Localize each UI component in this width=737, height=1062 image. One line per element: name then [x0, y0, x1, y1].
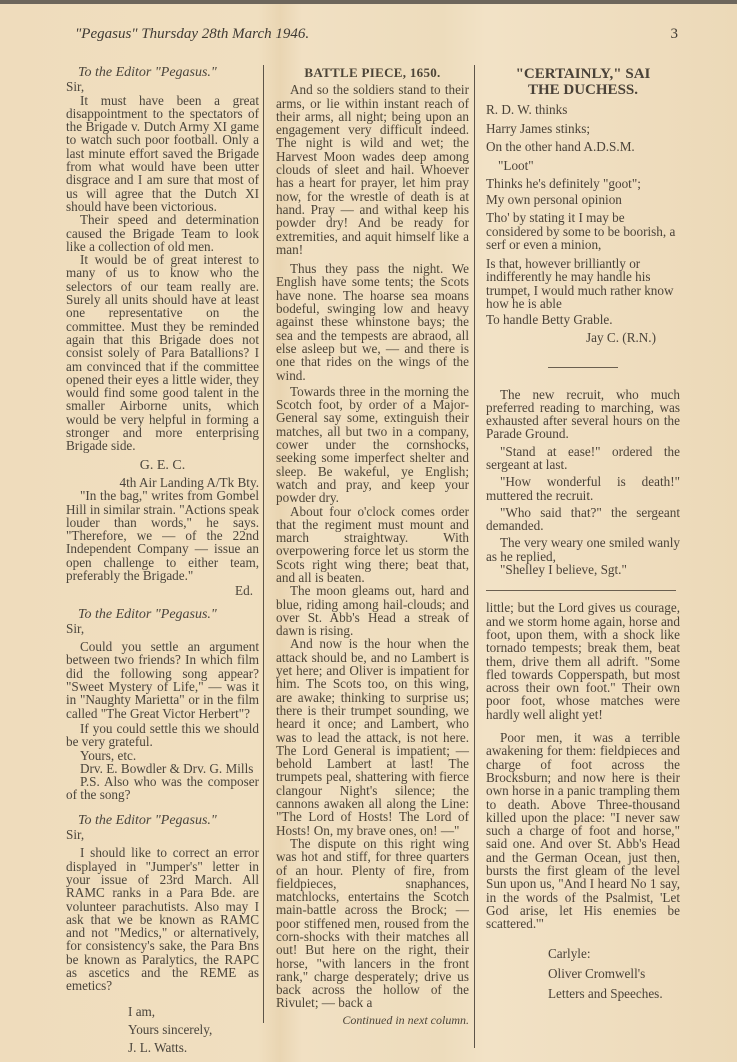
page-number: 3	[671, 26, 679, 43]
article-continuation: Poor men, it was a terrible awakening fo…	[486, 731, 680, 930]
citation-line: Letters and Speeches.	[548, 984, 680, 1004]
poem-line: R. D. W. thinks	[486, 103, 680, 117]
letter-signature: Drv. E. Bowdler & Drv. G. Mills	[66, 762, 259, 775]
poem-line: To handle Betty Grable.	[486, 313, 680, 327]
anecdote-paragraph: "Stand at ease!" ordered the sergeant at…	[486, 445, 680, 472]
editor-note-text: "In the bag," writes from Gombel Hill in…	[66, 489, 259, 582]
letter-paragraph: I should like to correct an error displa…	[66, 846, 259, 992]
column-letters: To the Editor "Pegasus." Sir, It must ha…	[66, 66, 259, 1057]
letter-paragraph: Could you settle an argument between two…	[66, 640, 259, 720]
anecdote-paragraph: The very weary one smiled wanly as he re…	[486, 536, 680, 563]
article-title: BATTLE PIECE, 1650.	[276, 66, 469, 79]
salutation: Sir,	[66, 80, 259, 93]
poem-body: R. D. W. thinks Harry James stinks; On t…	[486, 103, 680, 345]
article-paragraph: And so the soldiers stand to their arms,…	[276, 83, 469, 256]
column-divider	[474, 65, 475, 1048]
article-paragraph: And now is the hour when the attack shou…	[276, 637, 469, 836]
article-continuation: little; but the Lord gives us courage, a…	[486, 601, 680, 721]
letter-heading: To the Editor "Pegasus."	[78, 608, 259, 621]
closing-line: Yours sincerely,	[128, 1021, 259, 1039]
column-battle-piece: BATTLE PIECE, 1650. And so the soldiers …	[276, 66, 469, 1027]
letter-paragraph: Their speed and determination caused the…	[66, 213, 259, 253]
continued-note: Continued in next column.	[276, 1014, 469, 1027]
article-paragraph: The moon gleams out, hard and blue, ridi…	[276, 584, 469, 637]
poem-line: Is that, however brilliantly or indiffer…	[486, 257, 680, 311]
anecdote-paragraph: "How wonderful is death!" muttered the r…	[486, 475, 680, 502]
letter-paragraph: It must have been a great disappointment…	[66, 94, 259, 214]
letter-paragraph: It would be of great interest to many of…	[66, 253, 259, 452]
anecdote-paragraph: The new recruit, who much preferred read…	[486, 388, 680, 441]
unit-name: 4th Air Landing A/Tk Bty.	[66, 476, 259, 489]
poem-signature: Jay C. (R.N.)	[486, 331, 656, 345]
letter-closing-block: I am, Yours sincerely, J. L. Watts.	[128, 1003, 259, 1057]
column-divider	[263, 65, 264, 1023]
source-citation: Carlyle: Oliver Cromwell's Letters and S…	[548, 944, 680, 1004]
closing-line: I am,	[128, 1003, 259, 1021]
editor-signature: Ed.	[66, 584, 253, 597]
article-paragraph: Towards three in the morning the Scotch …	[276, 385, 469, 505]
poem-line: "Loot"	[486, 159, 680, 173]
letter-heading: To the Editor "Pegasus."	[78, 66, 259, 79]
anecdote-paragraph: "Who said that?" the sergeant demanded.	[486, 506, 680, 533]
letter-closing: Yours, etc.	[66, 749, 259, 762]
poem-line: Tho' by stating it I may be considered b…	[486, 211, 680, 252]
salutation: Sir,	[66, 622, 259, 635]
newspaper-page: "Pegasus" Thursday 28th March 1946. 3 To…	[0, 0, 737, 1062]
anecdote-paragraph: "Shelley I believe, Sgt."	[486, 563, 680, 576]
poem-title: "CERTAINLY," SAI	[486, 66, 680, 82]
page-header: "Pegasus" Thursday 28th March 1946. 3	[75, 26, 737, 43]
section-divider	[548, 367, 618, 368]
poem-title: THE DUCHESS.	[486, 82, 680, 98]
citation-line: Oliver Cromwell's	[548, 964, 680, 984]
poem-line: Thinks he's definitely "goot";	[486, 177, 680, 191]
poem-line: Harry James stinks;	[486, 122, 680, 136]
poem-line: My own personal opinion	[486, 193, 680, 207]
closing-line: J. L. Watts.	[128, 1039, 259, 1057]
article-paragraph: Thus they pass the night. We English hav…	[276, 262, 469, 382]
salutation: Sir,	[66, 828, 259, 841]
masthead: "Pegasus" Thursday 28th March 1946.	[75, 26, 309, 42]
letter-heading: To the Editor "Pegasus."	[78, 814, 259, 827]
article-paragraph: About four o'clock comes order that the …	[276, 505, 469, 585]
section-divider	[486, 590, 676, 591]
letter-signature: G. E. C.	[66, 459, 259, 472]
article-paragraph: The dispute on this right wing was hot a…	[276, 837, 469, 1010]
column-poem-anecdote: "CERTAINLY," SAI THE DUCHESS. R. D. W. t…	[486, 66, 680, 1004]
citation-line: Carlyle:	[548, 944, 680, 964]
letter-postscript: P.S. Also who was the composer of the so…	[66, 775, 259, 802]
poem-line: On the other hand A.D.S.M.	[486, 140, 680, 154]
letter-paragraph: If you could settle this we should be ve…	[66, 722, 259, 749]
